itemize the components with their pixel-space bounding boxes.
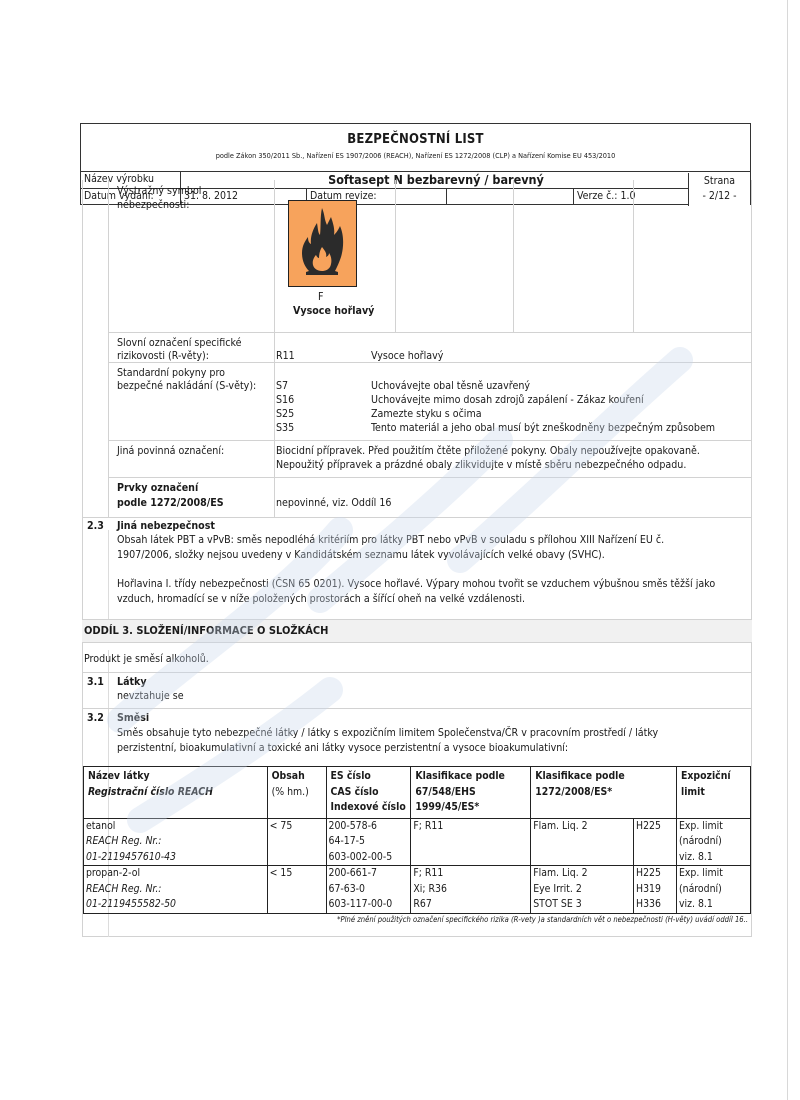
divider	[82, 672, 752, 673]
label-elements-label: Prvky označení	[117, 482, 198, 496]
exposure-cell: Exp. limit (národní) viz. 8.1	[677, 818, 751, 866]
other-labels-text: Nepoužitý přípravek a prázdné obaly zlik…	[276, 459, 686, 473]
s-phrase-text: Tento materiál a jeho obal musí být zneš…	[371, 422, 715, 436]
section-3-heading: ODDÍL 3. SLOŽENÍ/INFORMACE O SLOŽKÁCH	[84, 624, 328, 638]
substance-cell: etanol REACH Reg. Nr.: 01-2119457610-43	[84, 818, 268, 866]
section-text: 1907/2006, složky nejsou uvedeny v Kandi…	[117, 549, 605, 563]
other-labels-text: Biocidní přípravek. Před použitím čtěte …	[276, 445, 700, 459]
divider	[108, 332, 752, 333]
section-number: 3.2	[87, 712, 104, 726]
section-text: perzistentní, bioakumulativní a toxické …	[117, 742, 568, 756]
clp-h-cell: H225 H319 H336	[634, 866, 677, 914]
section-text: vzduch, hromadící se v níže položených p…	[117, 593, 525, 607]
divider	[82, 708, 752, 709]
section-title: Směsi	[117, 712, 149, 726]
section-number: 3.1	[87, 676, 104, 690]
document-subtitle: podle Zákon 350/2011 Sb., Nařízení ES 19…	[81, 151, 750, 160]
s-phrase-code: S16	[276, 394, 294, 408]
table-row: propan-2-ol REACH Reg. Nr.: 01-211945558…	[84, 866, 751, 914]
hazard-symbol-label: Výstražný symbol	[117, 185, 201, 199]
composition-table: Název látky Registrační číslo REACH Obsa…	[83, 766, 751, 914]
flame-icon	[288, 200, 357, 287]
divider	[108, 180, 109, 517]
section-title: Jiná nebezpečnost	[117, 520, 215, 534]
s-phrase-text: Uchovávejte obal těsně uzavřený	[371, 380, 530, 394]
s-phrase-text: Zamezte styku s očima	[371, 408, 482, 422]
divider	[108, 440, 752, 441]
divider	[633, 180, 634, 332]
section-text: nevztahuje se	[117, 690, 184, 704]
section-text: Směs obsahuje tyto nebezpečné látky / lá…	[117, 727, 658, 741]
column-header-clp-classification: Klasifikace podle 1272/2008/ES*	[531, 767, 677, 819]
s-phrase-code: S25	[276, 408, 294, 422]
section-3-intro: Produkt je směsí alkoholů.	[84, 653, 209, 667]
hazard-symbol-name: Vysoce hořlavý	[293, 305, 374, 319]
table-header-row: Název látky Registrační číslo REACH Obsa…	[84, 767, 751, 819]
section-text: Hořlavina I. třídy nebezpečnosti (ČSN 65…	[117, 578, 715, 592]
table-row: etanol REACH Reg. Nr.: 01-2119457610-43 …	[84, 818, 751, 866]
divider	[82, 517, 752, 518]
divider	[513, 180, 514, 332]
column-header-substance: Název látky Registrační číslo REACH	[84, 767, 268, 819]
divider	[274, 180, 275, 517]
column-header-content: Obsah (% hm.)	[267, 767, 326, 819]
s-phrases-label: bezpečné nakládání (S-věty):	[117, 380, 256, 394]
page-edge	[787, 0, 788, 1100]
r-phrases-label: Slovní označení specifické	[117, 337, 241, 351]
content-cell: < 15	[267, 866, 326, 914]
clp-h-cell: H225	[634, 818, 677, 866]
r-phrase-code: R11	[276, 350, 295, 364]
dsd-cell: F; R11	[411, 818, 531, 866]
divider	[108, 530, 109, 620]
divider	[395, 180, 396, 332]
divider	[108, 477, 752, 478]
exposure-cell: Exp. limit (národní) viz. 8.1	[677, 866, 751, 914]
column-header-identifiers: ES číslo CAS číslo Indexové číslo	[326, 767, 411, 819]
other-labels-label: Jiná povinná označení:	[117, 445, 224, 459]
label-elements-label: podle 1272/2008/ES	[117, 497, 224, 511]
r-phrase-text: Vysoce hořlavý	[371, 350, 443, 364]
s-phrases-label: Standardní pokyny pro	[117, 367, 225, 381]
hazard-symbol-label: nebezpečnosti:	[117, 199, 189, 213]
section-number: 2.3	[87, 520, 104, 534]
section-text: Obsah látek PBT a vPvB: směs nepodléhá k…	[117, 534, 664, 548]
dsd-cell: F; R11 Xi; R36 R67	[411, 866, 531, 914]
label-elements-value: nepovinné, viz. Oddíl 16	[276, 497, 391, 511]
column-header-dsd-classification: Klasifikace podle 67/548/EHS 1999/45/ES*	[411, 767, 531, 819]
r-phrases-label: rizikovosti (R-věty):	[117, 350, 209, 364]
column-header-exposure-limit: Expoziční limit	[677, 767, 751, 819]
hazard-symbol-code: F	[318, 291, 323, 305]
clp-class-cell: Flam. Liq. 2	[531, 818, 634, 866]
s-phrase-text: Uchovávejte mimo dosah zdrojů zapálení -…	[371, 394, 644, 408]
clp-class-cell: Flam. Liq. 2 Eye Irrit. 2 STOT SE 3	[531, 866, 634, 914]
s-phrase-code: S35	[276, 422, 294, 436]
content-cell: < 75	[267, 818, 326, 866]
s-phrase-code: S7	[276, 380, 288, 394]
identifiers-cell: 200-578-6 64-17-5 603-002-00-5	[326, 818, 411, 866]
table-footnote: *Plné znění použitých označení specifick…	[337, 915, 748, 924]
section-title: Látky	[117, 676, 147, 690]
identifiers-cell: 200-661-7 67-63-0 603-117-00-0	[326, 866, 411, 914]
substance-cell: propan-2-ol REACH Reg. Nr.: 01-211945558…	[84, 866, 268, 914]
document-title: BEZPEČNOSTNÍ LIST	[81, 132, 750, 147]
